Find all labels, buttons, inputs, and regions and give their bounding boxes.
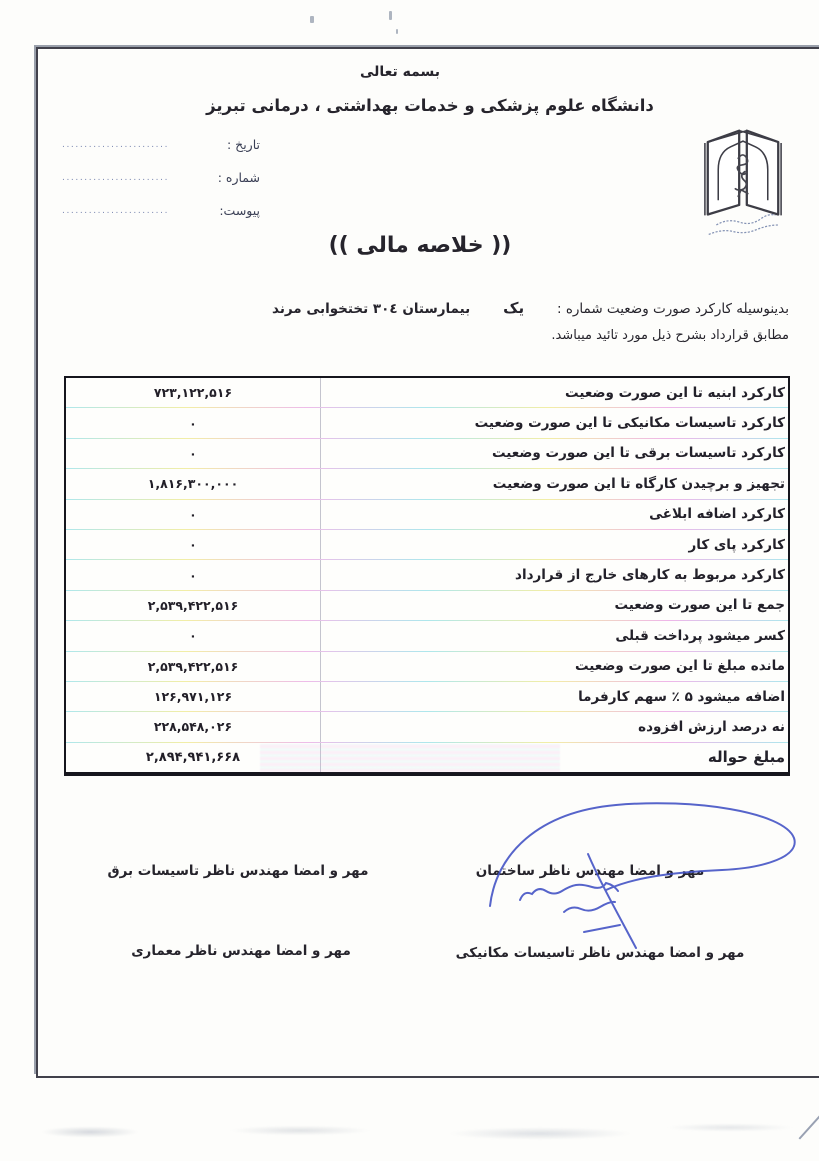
date-label: تاریخ :: [227, 137, 260, 152]
item-label-cell: اضافه میشود ۵ ٪ سهم کارفرما: [321, 682, 788, 711]
signature-label-building-engineer: مهر و امضا مهندس ناظر ساختمان: [468, 863, 712, 879]
number-dotted-line: ........................: [62, 173, 169, 183]
amount-cell: ۲۲۸,۵۴۸,۰۲۶: [66, 712, 321, 741]
item-label-cell: کارکرد ابنیه تا این صورت وضعیت: [321, 378, 788, 407]
item-label-cell: کارکرد پای کار: [321, 530, 788, 559]
table-row: ۰ کارکرد پای کار: [66, 529, 788, 559]
meta-field-date: تاریخ : ........................: [62, 137, 260, 152]
signature-label-electrical-engineer: مهر و امضا مهندس ناظر تاسیسات برق: [100, 863, 376, 879]
amount-cell: ۰: [66, 408, 321, 437]
open-book-emblem-icon: [695, 124, 791, 244]
scan-speck: [389, 11, 392, 20]
amount-cell: ۲,۵۳۹,۴۲۲,۵۱۶: [66, 591, 321, 620]
document-title: (( خلاصه مالی )): [250, 233, 590, 258]
attachment-dotted-line: ........................: [62, 206, 169, 216]
amount-cell: ۰: [66, 500, 321, 529]
date-dotted-line: ........................: [62, 140, 169, 150]
table-row: ۲,۵۳۹,۴۲۲,۵۱۶ جمع تا این صورت وضعیت: [66, 590, 788, 620]
item-label-cell: مانده مبلغ تا این صورت وضعیت: [321, 652, 788, 681]
table-row: ۱۲۶,۹۷۱,۱۲۶ اضافه میشود ۵ ٪ سهم کارفرما: [66, 681, 788, 711]
table-row: ۰ کارکرد تاسیسات برقی تا این صورت وضعیت: [66, 438, 788, 468]
bismillah-heading: بسمه تعالی: [300, 64, 500, 80]
attachment-label: پیوست:: [219, 203, 260, 218]
scan-speck: [310, 16, 314, 23]
statement-intro-line: بدینوسیله کارکرد صورت وضعیت شماره : یک ب…: [272, 299, 789, 317]
item-label-cell: کسر میشود پرداخت قبلی: [321, 621, 788, 650]
item-label-cell: نه درصد ارزش افزوده: [321, 712, 788, 741]
meta-field-attachment: پیوست: ........................: [62, 203, 260, 218]
table-row: ۱,۸۱۶,۳۰۰,۰۰۰ تجهیز و برچیدن کارگاه تا ا…: [66, 468, 788, 498]
confirmation-line: مطابق قرارداد بشرح ذیل مورد تائید میباشد…: [551, 328, 789, 343]
table-row: ۰ کسر میشود پرداخت قبلی: [66, 620, 788, 650]
table-row: ۷۲۳,۱۲۲,۵۱۶ کارکرد ابنیه تا این صورت وضع…: [66, 378, 788, 407]
table-row: ۰ کارکرد تاسیسات مکانیکی تا این صورت وضع…: [66, 407, 788, 437]
table-row: ۲۲۸,۵۴۸,۰۲۶ نه درصد ارزش افزوده: [66, 711, 788, 741]
scan-noise-streak: [0, 1114, 819, 1144]
table-row: ۲,۵۳۹,۴۲۲,۵۱۶ مانده مبلغ تا این صورت وضع…: [66, 651, 788, 681]
project-name: بیمارستان ۳۰٤ تختخوابی مرند: [272, 301, 470, 317]
item-label-cell: کارکرد اضافه ابلاغی: [321, 500, 788, 529]
amount-cell: ۷۲۳,۱۲۲,۵۱۶: [66, 378, 321, 407]
item-label-cell: تجهیز و برچیدن کارگاه تا این صورت وضعیت: [321, 469, 788, 498]
meta-field-number: شماره : ........................: [62, 170, 260, 185]
scan-color-tint: [260, 744, 560, 772]
statement-number-value: یک: [503, 299, 524, 317]
item-label-cell: کارکرد تاسیسات مکانیکی تا این صورت وضعیت: [321, 408, 788, 437]
university-name-heading: دانشگاه علوم پزشکی و خدمات بهداشتی ، درم…: [170, 96, 690, 115]
table-row: ۰ کارکرد اضافه ابلاغی: [66, 499, 788, 529]
amount-cell: ۱,۸۱۶,۳۰۰,۰۰۰: [66, 469, 321, 498]
signature-label-architecture-engineer: مهر و امضا مهندس ناظر معماری: [118, 943, 364, 959]
financial-summary-table: ۷۲۳,۱۲۲,۵۱۶ کارکرد ابنیه تا این صورت وضع…: [64, 376, 790, 776]
scan-speck: [396, 29, 398, 34]
amount-cell: ۰: [66, 621, 321, 650]
university-emblem-logo: [695, 124, 791, 248]
amount-cell: ۲,۵۳۹,۴۲۲,۵۱۶: [66, 652, 321, 681]
amount-cell: ۱۲۶,۹۷۱,۱۲۶: [66, 682, 321, 711]
amount-cell: ۰: [66, 560, 321, 589]
table-row: ۰ کارکرد مربوط به کارهای خارج از قرارداد: [66, 559, 788, 589]
statement-number-label: بدینوسیله کارکرد صورت وضعیت شماره :: [557, 301, 789, 317]
item-label-cell: کارکرد مربوط به کارهای خارج از قرارداد: [321, 560, 788, 589]
number-label: شماره :: [218, 170, 260, 185]
item-label-cell: کارکرد تاسیسات برقی تا این صورت وضعیت: [321, 439, 788, 468]
amount-cell: ۰: [66, 439, 321, 468]
signature-label-mechanical-engineer: مهر و امضا مهندس ناظر تاسیسات مکانیکی: [452, 945, 748, 961]
item-label-cell: جمع تا این صورت وضعیت: [321, 591, 788, 620]
amount-cell: ۰: [66, 530, 321, 559]
